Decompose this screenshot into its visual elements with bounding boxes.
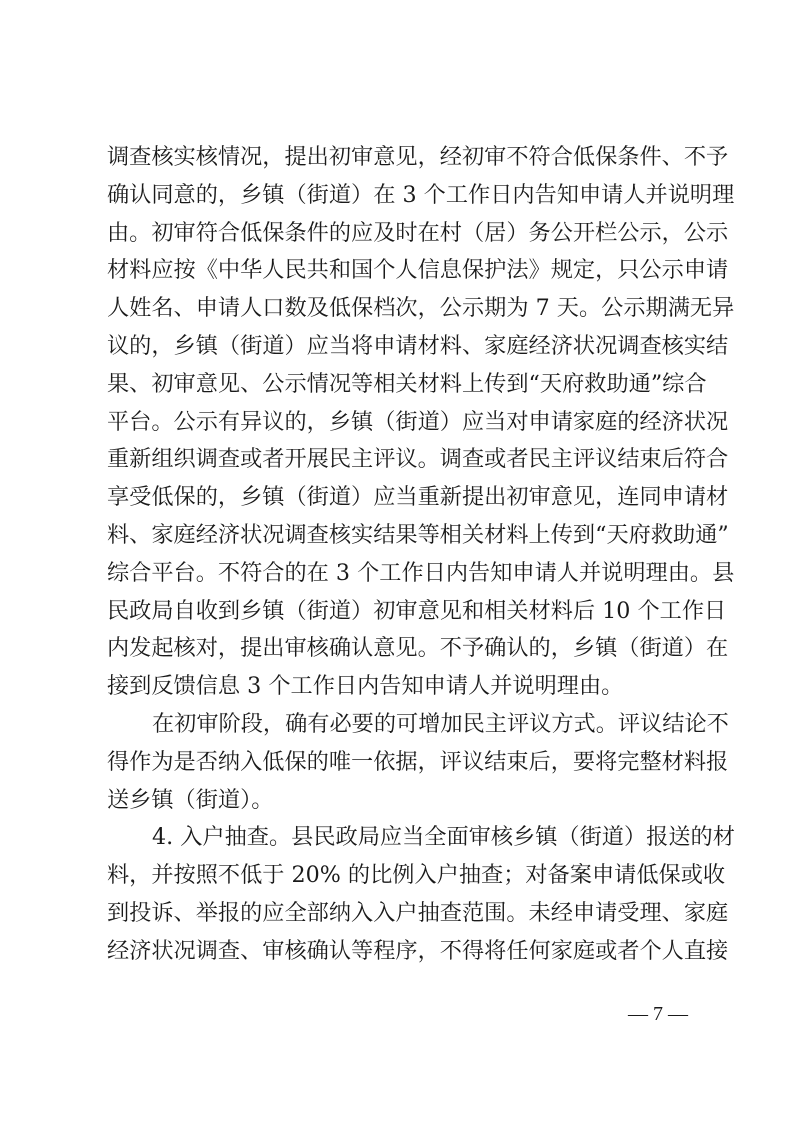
text-line: 议的，乡镇（街道）应当将申请材料、家庭经济状况调查核实结	[107, 328, 694, 366]
text-line: 内发起核对，提出审核确认意见。不予确认的，乡镇（街道）在	[107, 630, 694, 668]
page-number: — 7 —	[628, 1000, 688, 1028]
body-text: 调查核实核情况，提出初审意见，经初审不符合低保条件、不予 确认同意的，乡镇（街道…	[107, 139, 694, 971]
text-line: 料，并按照不低于 20% 的比例入户抽查；对备案申请低保或收	[107, 857, 694, 895]
text-line: 确认同意的，乡镇（街道）在 3 个工作日内告知申请人并说明理	[107, 177, 694, 215]
text-line: 经济状况调查、审核确认等程序，不得将任何家庭或者个人直接	[107, 933, 694, 971]
text-line: 调查核实核情况，提出初审意见，经初审不符合低保条件、不予	[107, 139, 694, 177]
section-heading-line: 4. 入户抽查。县民政局应当全面审核乡镇（街道）报送的材	[107, 819, 694, 857]
text-line: 送乡镇（街道）。	[107, 782, 694, 820]
document-page: 调查核实核情况，提出初审意见，经初审不符合低保条件、不予 确认同意的，乡镇（街道…	[0, 0, 793, 1122]
text-line: 接到反馈信息 3 个工作日内告知申请人并说明理由。	[107, 668, 694, 706]
text-line: 重新组织调查或者开展民主评议。调查或者民主评议结束后符合	[107, 441, 694, 479]
text-line: 到投诉、举报的应全部纳入入户抽查范围。未经申请受理、家庭	[107, 895, 694, 933]
text-line: 得作为是否纳入低保的唯一依据，评议结束后，要将完整材料报	[107, 744, 694, 782]
text-line: 料、家庭经济状况调查核实结果等相关材料上传到“天府救助通”	[107, 517, 694, 555]
text-line: 享受低保的，乡镇（街道）应当重新提出初审意见，连同申请材	[107, 479, 694, 517]
text-line: 材料应按《中华人民共和国个人信息保护法》规定，只公示申请	[107, 252, 694, 290]
text-line: 人姓名、申请人口数及低保档次，公示期为 7 天。公示期满无异	[107, 290, 694, 328]
text-line: 平台。公示有异议的，乡镇（街道）应当对申请家庭的经济状况	[107, 404, 694, 442]
text-line: 果、初审意见、公示情况等相关材料上传到“天府救助通”综合	[107, 366, 694, 404]
text-line: 在初审阶段，确有必要的可增加民主评议方式。评议结论不	[107, 706, 694, 744]
text-line: 综合平台。不符合的在 3 个工作日内告知申请人并说明理由。县	[107, 555, 694, 593]
text-line: 民政局自收到乡镇（街道）初审意见和相关材料后 10 个工作日	[107, 593, 694, 631]
text-line: 由。初审符合低保条件的应及时在村（居）务公开栏公示，公示	[107, 215, 694, 253]
